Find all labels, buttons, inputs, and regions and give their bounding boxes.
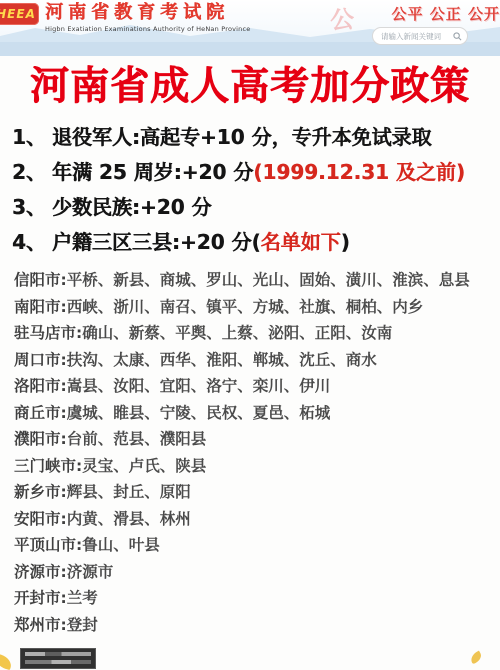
city-row: 平顶山市:鲁山、叶县 — [14, 532, 490, 559]
city-row: 济源市:济源市 — [14, 559, 490, 586]
slogan-watermark: 公 — [329, 0, 355, 36]
policy-text: 退役军人:高起专+10 分，专升本免试录取 — [52, 125, 432, 149]
city-row: 商丘市:虞城、睢县、宁陵、民权、夏邑、柘城 — [14, 400, 490, 427]
heea-emblem-icon: HEEA — [0, 3, 39, 25]
policy-number: 3、 — [12, 195, 46, 219]
policy-number: 2、 — [12, 160, 46, 184]
watermark-stamp — [20, 648, 96, 669]
county-names: 虞城、睢县、宁陵、民权、夏邑、柘城 — [67, 404, 331, 422]
poster: 河南省成人高考加分政策 1、退役军人:高起专+10 分，专升本免试录取 2、年满… — [0, 56, 500, 638]
leaf-decoration-icon — [0, 654, 13, 670]
county-names: 确山、新蔡、平舆、上蔡、泌阳、正阳、汝南 — [82, 324, 392, 342]
policy-highlight: (1999.12.31 及之前) — [253, 160, 465, 184]
city-row: 南阳市:西峡、浙川、南召、镇平、方城、社旗、桐柏、内乡 — [14, 294, 490, 321]
city-name: 南阳市: — [14, 298, 67, 316]
city-name: 信阳市: — [14, 271, 67, 289]
policy-text: ) — [341, 230, 350, 254]
policy-item: 3、少数民族:+20 分 — [12, 190, 490, 225]
county-names: 登封 — [67, 616, 98, 634]
county-names: 西峡、浙川、南召、镇平、方城、社旗、桐柏、内乡 — [67, 298, 424, 316]
search-icon[interactable] — [453, 32, 462, 41]
county-names: 辉县、封丘、原阳 — [67, 483, 191, 501]
site-title: 河南省教育考试院 — [45, 2, 250, 24]
leaf-decoration-icon — [469, 651, 484, 665]
city-name: 开封市: — [14, 589, 67, 607]
county-names: 平桥、新县、商城、罗山、光山、固始、潢川、淮滨、息县 — [67, 271, 470, 289]
city-name: 郑州市: — [14, 616, 67, 634]
city-row: 濮阳市:台前、范县、濮阳县 — [14, 426, 490, 453]
city-row: 安阳市:内黄、滑县、林州 — [14, 506, 490, 533]
city-name: 济源市: — [14, 563, 67, 581]
county-names: 鲁山、叶县 — [82, 536, 160, 554]
policy-text: 年满 25 周岁:+20 分 — [52, 160, 253, 184]
slogan-text: 公平 公正 公开 — [392, 3, 500, 24]
page: HEEA 河南省教育考试院 Higbn Exatiation Examinati… — [0, 0, 500, 670]
policy-list: 1、退役军人:高起专+10 分，专升本免试录取 2、年满 25 周岁:+20 分… — [12, 120, 490, 260]
policy-number: 4、 — [12, 230, 46, 254]
policy-item: 2、年满 25 周岁:+20 分(1999.12.31 及之前) — [12, 155, 490, 190]
search-box[interactable] — [372, 27, 468, 45]
site-header: HEEA 河南省教育考试院 Higbn Exatiation Examinati… — [0, 0, 500, 56]
county-names: 嵩县、汝阳、宜阳、洛宁、栾川、伊川 — [67, 377, 331, 395]
site-subtitle: Higbn Exatiation Examinations Authority … — [45, 25, 250, 33]
county-names: 内黄、滑县、林州 — [67, 510, 191, 528]
county-names: 灵宝、卢氏、陕县 — [82, 457, 206, 475]
city-name: 周口市: — [14, 351, 67, 369]
city-row: 新乡市:辉县、封丘、原阳 — [14, 479, 490, 506]
city-row: 洛阳市:嵩县、汝阳、宜阳、洛宁、栾川、伊川 — [14, 373, 490, 400]
site-logo[interactable]: HEEA 河南省教育考试院 Higbn Exatiation Examinati… — [0, 2, 250, 33]
county-names: 扶沟、太康、西华、淮阳、郸城、沈丘、商水 — [67, 351, 377, 369]
city-name: 驻马店市: — [14, 324, 82, 342]
city-row: 信阳市:平桥、新县、商城、罗山、光山、固始、潢川、淮滨、息县 — [14, 267, 490, 294]
emblem-letters: HEEA — [0, 7, 36, 21]
city-name: 平顶山市: — [14, 536, 82, 554]
city-row: 开封市:兰考 — [14, 585, 490, 612]
policy-item: 4、户籍三区三县:+20 分(名单如下) — [12, 225, 490, 260]
policy-text: 户籍三区三县:+20 分( — [52, 230, 261, 254]
city-list: 信阳市:平桥、新县、商城、罗山、光山、固始、潢川、淮滨、息县 南阳市:西峡、浙川… — [14, 267, 490, 638]
city-name: 商丘市: — [14, 404, 67, 422]
county-names: 济源市 — [67, 563, 114, 581]
policy-item: 1、退役军人:高起专+10 分，专升本免试录取 — [12, 120, 490, 155]
county-names: 兰考 — [67, 589, 98, 607]
city-name: 濮阳市: — [14, 430, 67, 448]
city-name: 洛阳市: — [14, 377, 67, 395]
county-names: 台前、范县、濮阳县 — [67, 430, 207, 448]
search-input[interactable] — [381, 32, 453, 41]
city-name: 安阳市: — [14, 510, 67, 528]
city-name: 新乡市: — [14, 483, 67, 501]
policy-highlight: 名单如下 — [261, 230, 341, 254]
city-row: 周口市:扶沟、太康、西华、淮阳、郸城、沈丘、商水 — [14, 347, 490, 374]
poster-title: 河南省成人高考加分政策 — [10, 62, 490, 112]
policy-text: 少数民族:+20 分 — [52, 195, 212, 219]
city-name: 三门峡市: — [14, 457, 82, 475]
city-row: 郑州市:登封 — [14, 612, 490, 639]
city-row: 驻马店市:确山、新蔡、平舆、上蔡、泌阳、正阳、汝南 — [14, 320, 490, 347]
policy-number: 1、 — [12, 125, 46, 149]
logo-text: 河南省教育考试院 Higbn Exatiation Examinations A… — [45, 2, 250, 33]
city-row: 三门峡市:灵宝、卢氏、陕县 — [14, 453, 490, 480]
slogan: 公 公平 公正 公开 — [336, 2, 496, 22]
